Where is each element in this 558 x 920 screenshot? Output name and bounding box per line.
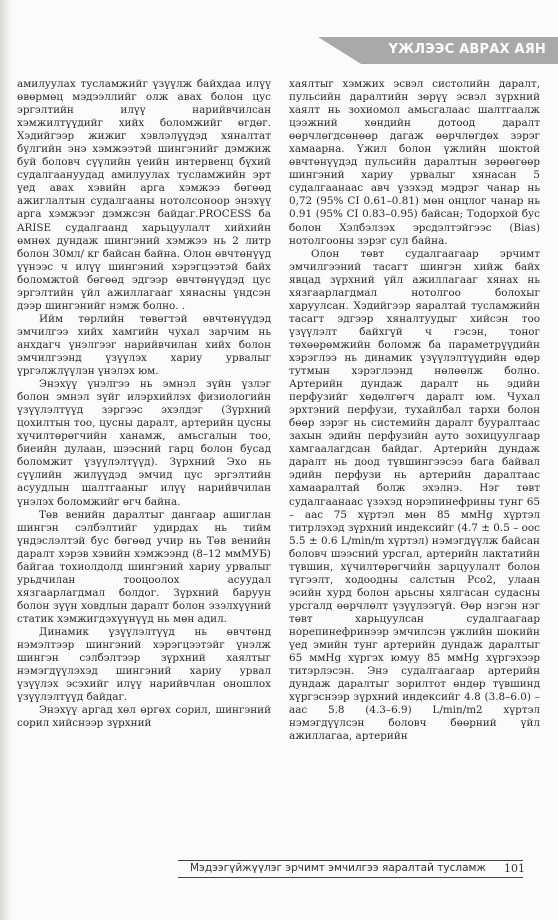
footer-rule-top — [178, 860, 523, 861]
section-banner: ҮЖЛЭЭС АВРАХ АЯН — [318, 37, 558, 64]
running-footer-title: Мэдээгүйжүүлэг эрчимт эмчилгээ яаралтай … — [190, 862, 486, 874]
paragraph: Ийм төрлийн төвөгтэй өвчтөнүүдэд эмчилгэ… — [17, 313, 271, 378]
page-gutter-shadow — [0, 0, 12, 920]
paragraph: Төв венийн даралтыг дангаар ашиглан шинг… — [17, 509, 271, 626]
paragraph: Энэхүү аргад хөл өргөх сорил, шингэний с… — [17, 704, 271, 730]
paragraph: хаялтыг хэмжих эсвэл систолийн даралт, п… — [289, 78, 540, 248]
left-column: амилуулах тусламжийг үзүүлж байхдаа илүү… — [17, 78, 271, 730]
paragraph: Энэхүү үнэлгээ нь эмнэл зүйн үзлэг болон… — [17, 378, 271, 508]
footer-rule-bottom — [178, 877, 523, 878]
paragraph: Олон төвт судалгаагаар эрчимт эмчилгээни… — [289, 248, 540, 744]
paragraph: Динамик үзүүлэлтүүд нь өвчтөнд нэмэлтээр… — [17, 626, 271, 704]
right-column: хаялтыг хэмжих эсвэл систолийн даралт, п… — [289, 78, 540, 743]
section-title: ҮЖЛЭЭС АВРАХ АЯН — [388, 42, 546, 57]
paragraph: амилуулах тусламжийг үзүүлж байхдаа илүү… — [17, 78, 271, 313]
page-number: 101 — [504, 862, 525, 875]
